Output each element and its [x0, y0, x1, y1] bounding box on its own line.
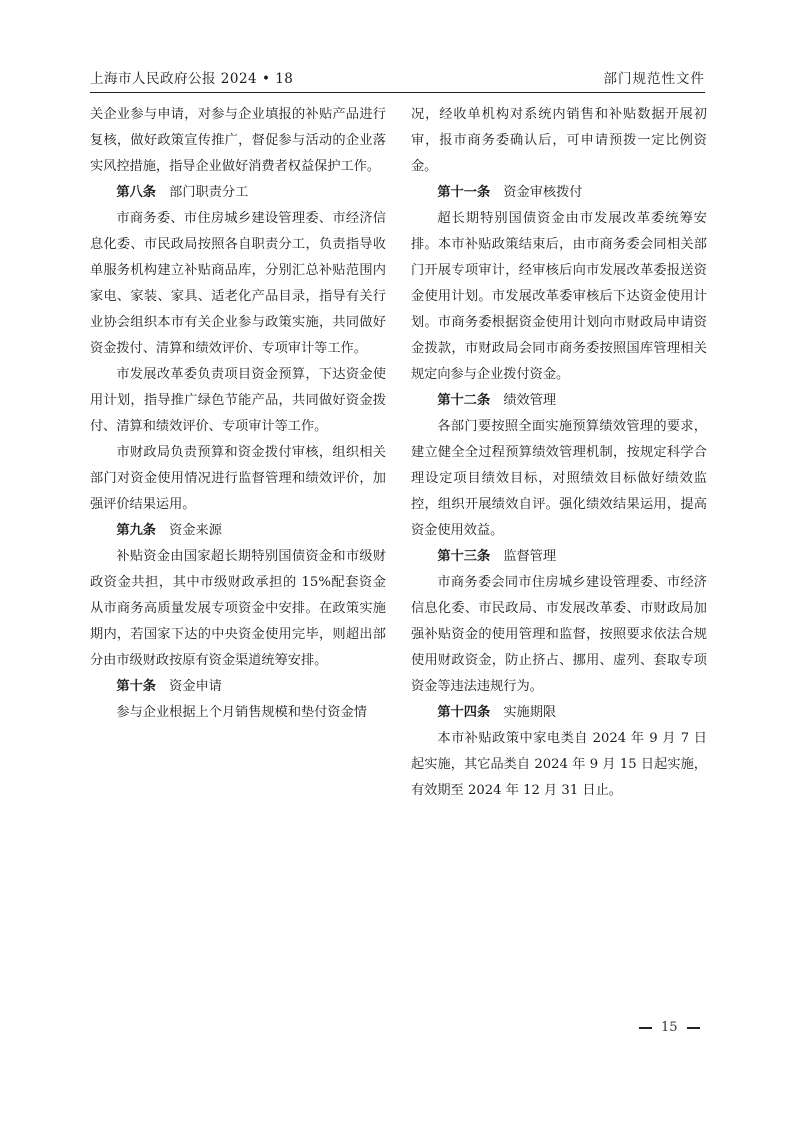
article-heading: 第十三条监督管理 — [411, 544, 707, 570]
article-number: 第十三条 — [437, 549, 490, 564]
article-number: 第十条 — [116, 679, 156, 694]
section-title: 部门规范性文件 — [604, 67, 706, 87]
article-title: 监督管理 — [503, 549, 556, 564]
article-heading: 第八条部门职责分工 — [90, 180, 386, 206]
continued-paragraph: 况，经收单机构对系统内销售和补贴数据开展初审，报市商务委确认后，可申请预拨一定比… — [411, 102, 707, 180]
article-number: 第九条 — [116, 523, 156, 538]
publication-title: 上海市人民政府公报 2024 • 18 — [90, 67, 293, 87]
dash-right — [687, 1027, 700, 1029]
article-title: 资金审核拨付 — [503, 185, 582, 200]
paragraph: 补贴资金由国家超长期特别国债资金和市级财政资金共担，其中市级财政承担的 15%配… — [90, 544, 386, 674]
paragraph: 超长期特别国债资金由市发展改革委统筹安排。本市补贴政策结束后，由市商务委会同相关… — [411, 206, 707, 388]
article-number: 第八条 — [116, 185, 156, 200]
paragraph: 市商务委会同市住房城乡建设管理委、市经济信息化委、市民政局、市发展改革委、市财政… — [411, 570, 707, 700]
article-heading: 第九条资金来源 — [90, 518, 386, 544]
article-number: 第十一条 — [437, 185, 490, 200]
paragraph: 市商务委、市住房城乡建设管理委、市经济信息化委、市民政局按照各自职责分工，负责指… — [90, 206, 386, 362]
page-number: 15 — [661, 1020, 678, 1035]
article-heading: 第十二条绩效管理 — [411, 388, 707, 414]
article-title: 实施期限 — [503, 705, 556, 720]
article-title: 绩效管理 — [503, 393, 556, 408]
article-number: 第十二条 — [437, 393, 490, 408]
continued-paragraph: 关企业参与申请，对参与企业填报的补贴产品进行复核，做好政策宣传推广，督促参与活动… — [90, 102, 386, 180]
article-heading: 第十条资金申请 — [90, 674, 386, 700]
article-heading: 第十一条资金审核拨付 — [411, 180, 707, 206]
article-title: 部门职责分工 — [169, 185, 248, 200]
paragraph: 本市补贴政策中家电类自 2024 年 9 月 7 日起实施，其它品类自 2024… — [411, 726, 707, 804]
article-heading: 第十四条实施期限 — [411, 700, 707, 726]
article-number: 第十四条 — [437, 705, 490, 720]
paragraph: 参与企业根据上个月销售规模和垫付资金情 — [90, 700, 386, 726]
article-title: 资金来源 — [169, 523, 222, 538]
page-header: 上海市人民政府公报 2024 • 18 部门规范性文件 — [90, 64, 705, 93]
paragraph: 各部门要按照全面实施预算绩效管理的要求，建立健全全过程预算绩效管理机制，按规定科… — [411, 414, 707, 544]
right-column: 况，经收单机构对系统内销售和补贴数据开展初审，报市商务委确认后，可申请预拨一定比… — [411, 102, 707, 804]
left-column: 关企业参与申请，对参与企业填报的补贴产品进行复核，做好政策宣传推广，督促参与活动… — [90, 102, 386, 726]
page-footer: 15 — [630, 1020, 709, 1035]
paragraph: 市发展改革委负责项目资金预算，下达资金使用计划，指导推广绿色节能产品，共同做好资… — [90, 362, 386, 440]
dash-left — [639, 1027, 652, 1029]
article-title: 资金申请 — [169, 679, 222, 694]
paragraph: 市财政局负责预算和资金拨付审核，组织相关部门对资金使用情况进行监督管理和绩效评价… — [90, 440, 386, 518]
